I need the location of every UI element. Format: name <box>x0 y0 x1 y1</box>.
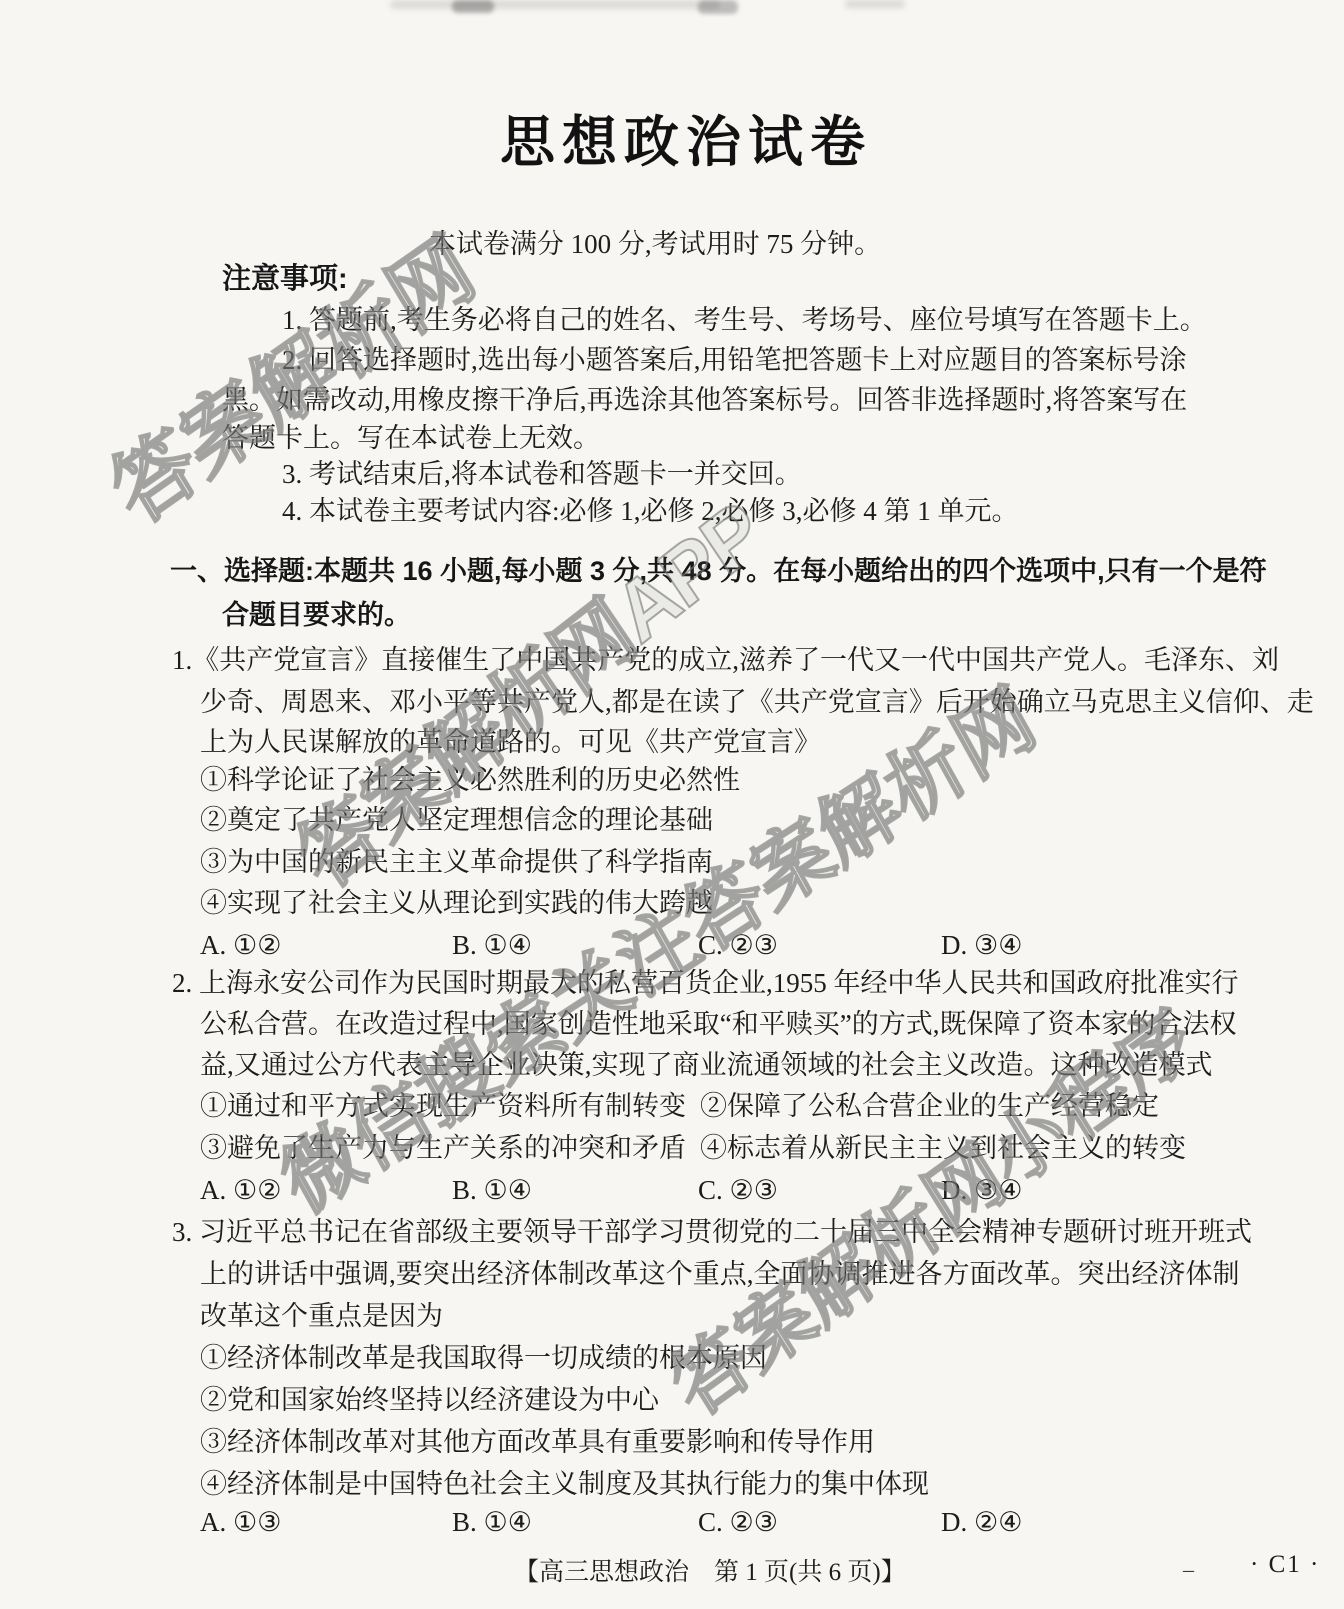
question-1-line-3: 上为人民谋解放的革命道路的。可见《共产党宣言》 <box>200 727 821 758</box>
notice-line-3: 3. 考试结束后,将本试卷和答题卡一并交回。 <box>282 459 802 490</box>
notice-heading: 注意事项: <box>222 263 348 296</box>
question-1-line-2: 少奇、周恩来、邓小平等共产党人,都是在读了《共产党宣言》后开始确立马克思主义信仰… <box>200 687 1314 718</box>
question-2-option-2: ②保障了公私合营企业的生产经营稳定 <box>700 1091 1159 1122</box>
question-3-answer-b: B. ①④ <box>452 1507 532 1538</box>
question-1-option-4: ④实现了社会主义从理论到实践的伟大跨越 <box>200 888 713 919</box>
question-3-answer-d: D. ②④ <box>941 1507 1022 1538</box>
question-2-line-2: 公私合营。在改造过程中,国家创造性地采取“和平赎买”的方式,既保障了资本家的合法… <box>200 1009 1236 1040</box>
question-3-line-2: 上的讲话中强调,要突出经济体制改革这个重点,全面协调推进各方面改革。突出经济体制 <box>200 1259 1240 1290</box>
question-1-option-2: ②奠定了共产党人坚定理想信念的理论基础 <box>200 805 713 836</box>
question-2-answer-a: A. ①② <box>200 1175 281 1206</box>
question-1-answer-d: D. ③④ <box>941 930 1022 961</box>
notice-line-1: 1. 答题前,考生务必将自己的姓名、考生号、考场号、座位号填写在答题卡上。 <box>282 305 1207 336</box>
notice-line-4: 4. 本试卷主要考试内容:必修 1,必修 2,必修 3,必修 4 第 1 单元。 <box>282 496 1019 527</box>
question-2-answer-b: B. ①④ <box>452 1175 532 1206</box>
question-2-line-3: 益,又通过公方代表主导企业决策,实现了商业流通领域的社会主义改造。这种改造模式 <box>200 1050 1213 1081</box>
scan-smudge <box>698 0 738 14</box>
question-1-option-3: ③为中国的新民主主义革命提供了科学指南 <box>200 847 713 878</box>
scan-smudge <box>845 0 905 8</box>
question-1-answer-c: C. ②③ <box>698 930 778 961</box>
question-3-option-4: ④经济体制是中国特色社会主义制度及其执行能力的集中体现 <box>200 1469 929 1500</box>
question-3-line-1: 3. 习近平总书记在省部级主要领导干部学习贯彻党的二十届三中全会精神专题研讨班开… <box>172 1217 1252 1248</box>
scan-smudge <box>452 0 494 13</box>
section-header-line-1: 一、选择题:本题共 16 小题,每小题 3 分,共 48 分。在每小题给出的四个… <box>170 556 1267 587</box>
notice-line-2: 2. 回答选择题时,选出每小题答案后,用铅笔把答题卡上对应题目的答案标号涂 <box>282 345 1187 376</box>
question-1-answer-a: A. ①② <box>200 930 281 961</box>
question-2-option-1: ①通过和平方式实现生产资料所有制转变 <box>200 1091 686 1122</box>
question-2-option-3: ③避免了生产力与生产关系的冲突和矛盾 <box>200 1133 686 1164</box>
question-3-option-3: ③经济体制改革对其他方面改革具有重要影响和传导作用 <box>200 1427 875 1458</box>
notice-line-2-cont: 黑。如需改动,用橡皮擦干净后,再选涂其他答案标号。回答非选择题时,将答案写在 <box>222 385 1187 416</box>
section-header-line-2: 合题目要求的。 <box>222 600 411 631</box>
scan-smudge <box>390 0 720 9</box>
exam-paper-page: 思想政治试卷 本试卷满分 100 分,考试用时 75 分钟。 注意事项: 1. … <box>0 0 1344 1609</box>
question-1-answer-b: B. ①④ <box>452 930 532 961</box>
exam-subtitle: 本试卷满分 100 分,考试用时 75 分钟。 <box>429 222 881 261</box>
question-2-answer-c: C. ②③ <box>698 1175 778 1206</box>
footer-page-info: 【高三思想政治 第 1 页(共 6 页)】 <box>514 1552 906 1588</box>
question-3-line-3: 改革这个重点是因为 <box>200 1301 443 1332</box>
footer-stray-mark: _ <box>1183 1549 1194 1575</box>
question-2-option-4: ④标志着从新民主主义到社会主义的转变 <box>700 1133 1186 1164</box>
question-1-line-1: 1.《共产党宣言》直接催生了中国共产党的成立,滋养了一代又一代中国共产党人。毛泽… <box>172 645 1279 676</box>
question-3-option-1: ①经济体制改革是我国取得一切成绩的根本原因 <box>200 1343 767 1374</box>
notice-line-2-cont2: 答题卡上。写在本试卷上无效。 <box>222 423 600 454</box>
question-2-line-1: 2. 上海永安公司作为民国时期最大的私营百货企业,1955 年经中华人民共和国政… <box>172 968 1239 999</box>
question-3-answer-c: C. ②③ <box>698 1507 778 1538</box>
question-3-answer-a: A. ①③ <box>200 1507 281 1538</box>
question-1-option-1: ①科学论证了社会主义必然胜利的历史必然性 <box>200 765 740 796</box>
footer-paper-code: · C1 · <box>1250 1551 1320 1579</box>
question-2-answer-d: D. ③④ <box>941 1175 1022 1206</box>
exam-title: 思想政治试卷 <box>500 98 872 177</box>
question-3-option-2: ②党和国家始终坚持以经济建设为中心 <box>200 1385 659 1416</box>
